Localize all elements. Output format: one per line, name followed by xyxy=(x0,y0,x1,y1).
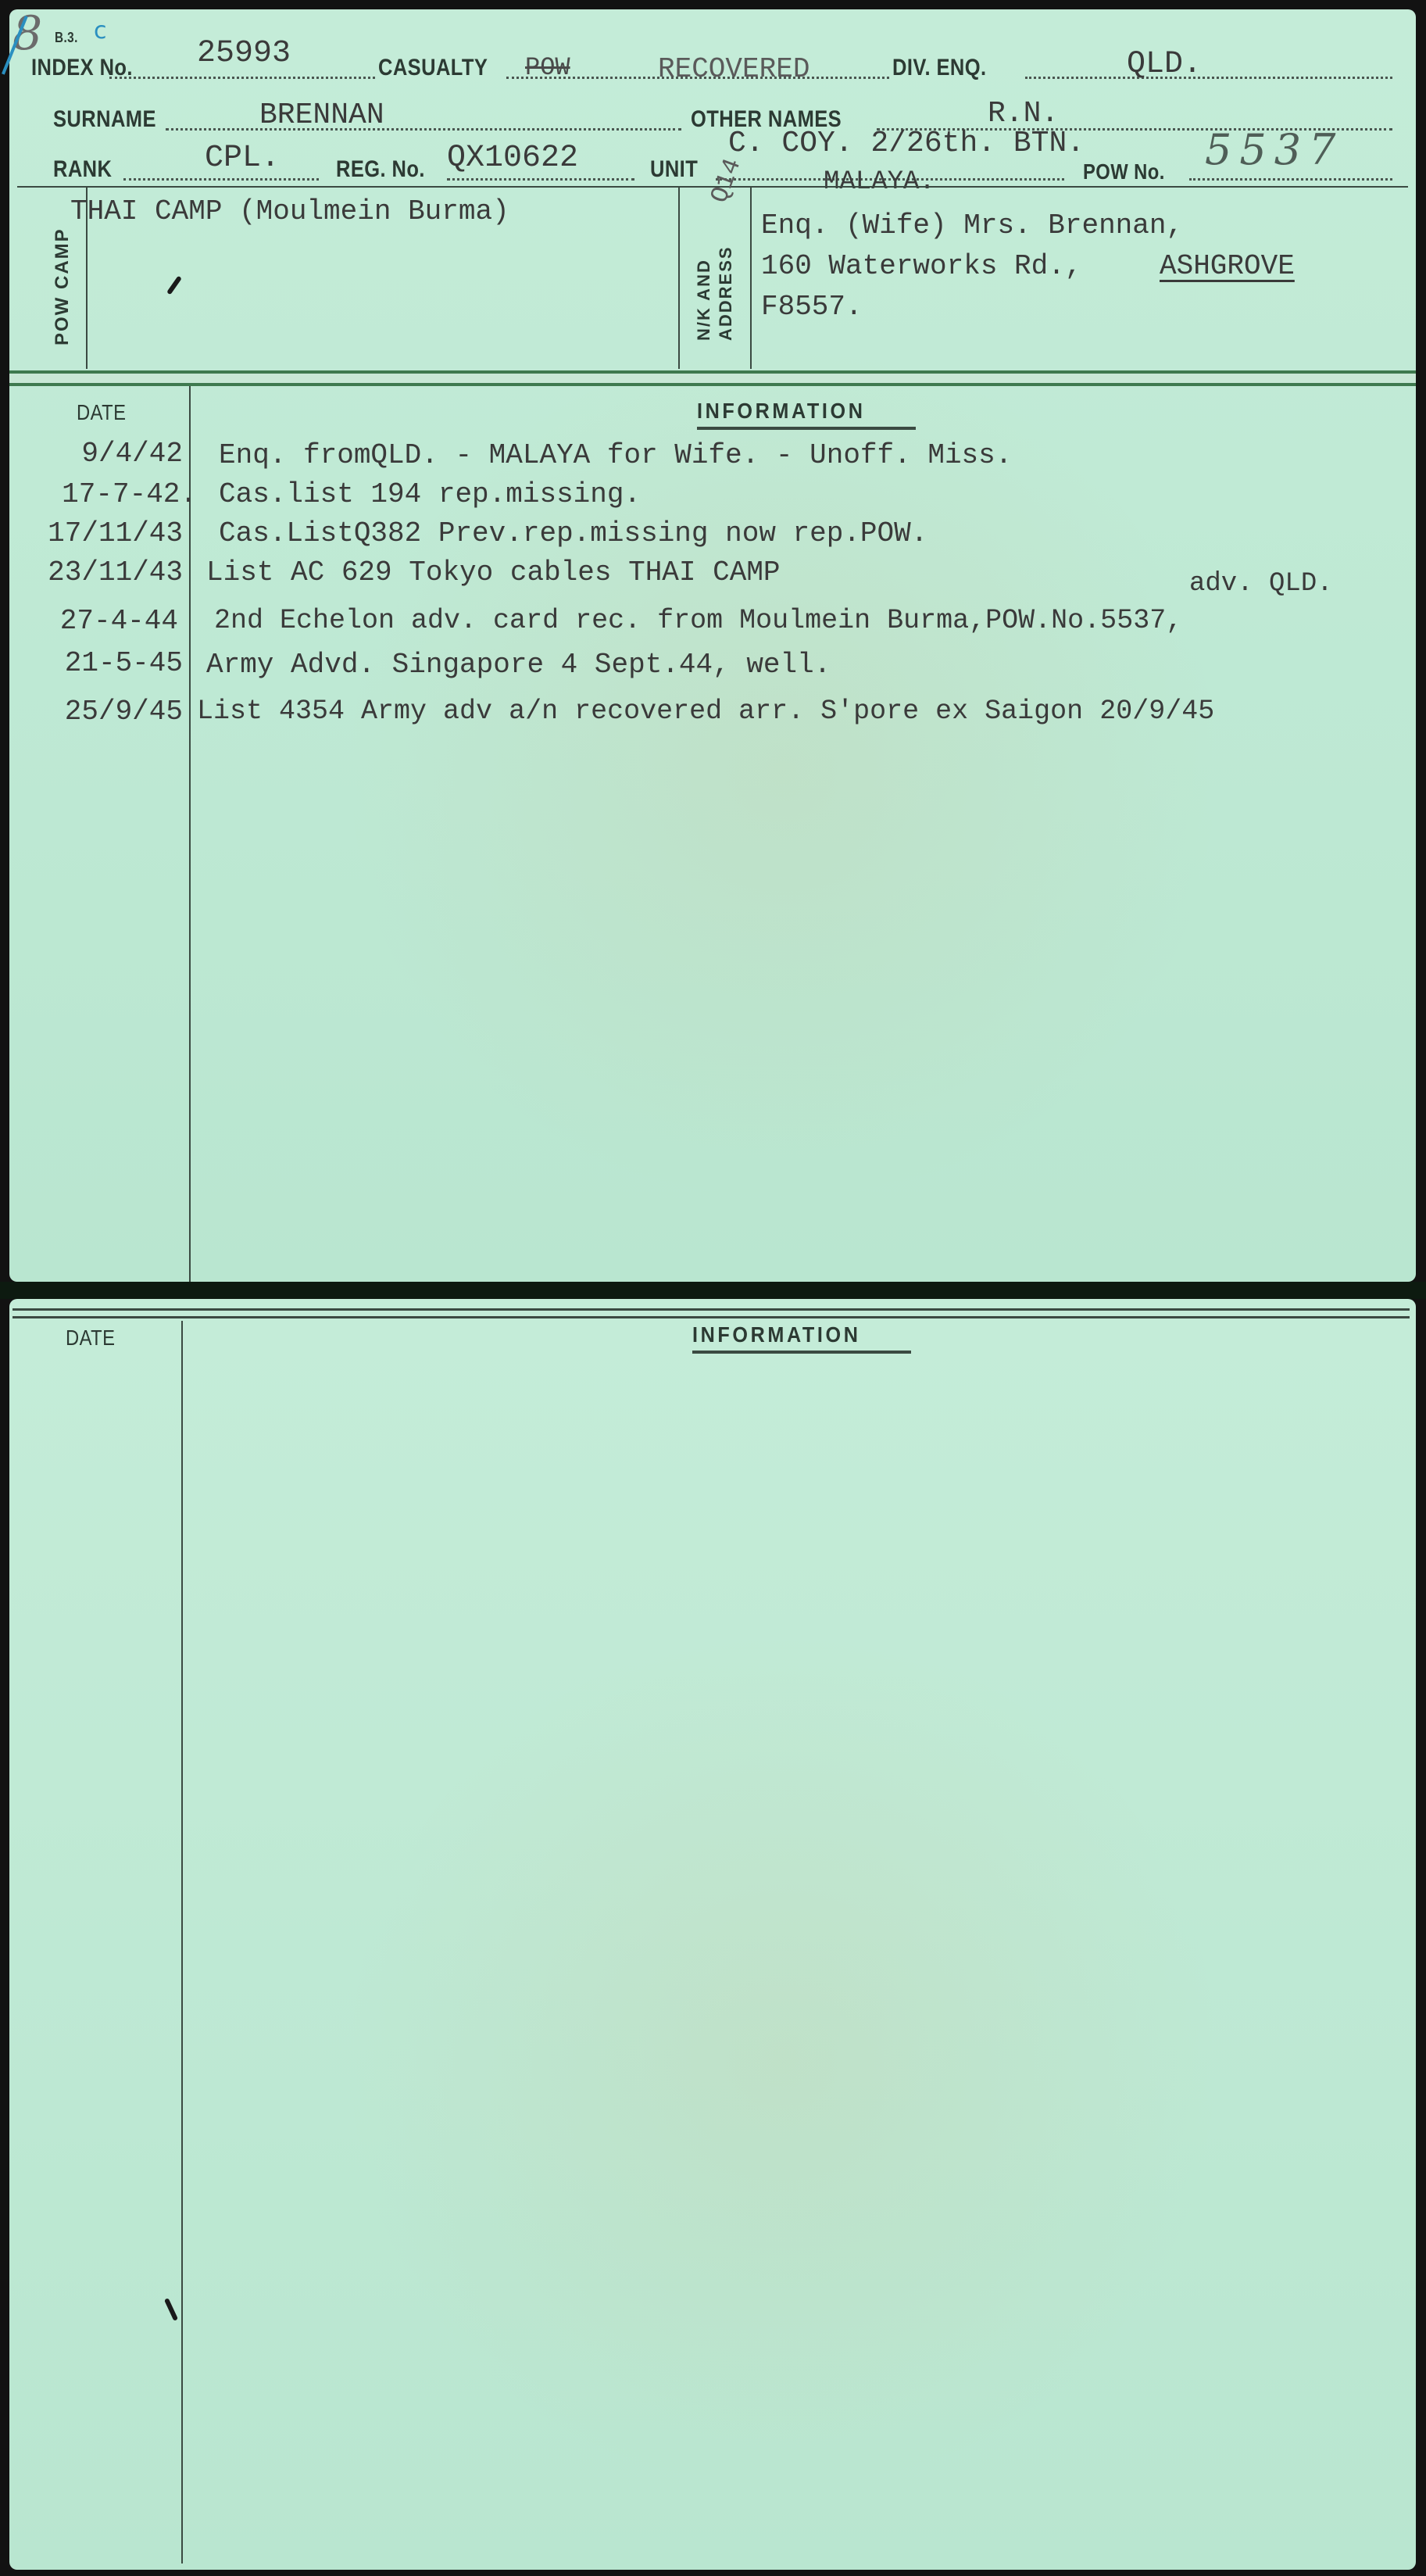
table-row-info: List AC 629 Tokyo cables THAI CAMP xyxy=(206,556,781,589)
blue-pencil-mark: c xyxy=(94,17,107,45)
unit-value-line1: C. COY. 2/26th. BTN. xyxy=(728,127,1085,160)
div-enq-underline xyxy=(1025,77,1392,79)
table-row-date: 23/11/43 xyxy=(3,556,183,589)
information-header-underline xyxy=(697,427,916,430)
rank-underline xyxy=(123,178,319,181)
pow-camp-value: THAI CAMP (Moulmein Burma) xyxy=(70,195,509,227)
scan-gap-bar xyxy=(0,1282,1426,1299)
surname-label: SURNAME xyxy=(53,106,156,133)
table-row-date: 17-7-42. xyxy=(17,478,197,510)
top-rule-1 xyxy=(13,1308,1410,1311)
date-header: DATE xyxy=(77,400,126,425)
information-header-underline xyxy=(692,1351,911,1354)
unit-value-line2: MALAYA. xyxy=(824,167,935,197)
nk-address-line3: F8557. xyxy=(761,291,863,323)
table-row-info-right: adv. QLD. xyxy=(1189,569,1333,599)
table-row-info: Enq. fromQLD. - MALAYA for Wife. - Unoff… xyxy=(219,439,1012,471)
nk-address-label-line1: N/K AND xyxy=(694,259,714,341)
table-row-date: 25/9/45 xyxy=(3,696,183,728)
surname-underline xyxy=(166,128,681,131)
information-header: INFORMATION xyxy=(692,1322,861,1347)
table-row-info: Cas.list 194 rep.missing. xyxy=(219,478,641,510)
table-row-info: Army Advd. Singapore 4 Sept.44, well. xyxy=(206,649,831,681)
index-no-underline xyxy=(109,77,375,79)
nk-address-left-divider xyxy=(678,188,680,369)
rank-value: CPL. xyxy=(205,141,280,176)
information-header: INFORMATION xyxy=(697,399,866,424)
casualty-value: RECOVERED xyxy=(658,53,809,85)
date-column-divider xyxy=(181,1321,183,2563)
nk-address-code: Q14 xyxy=(705,155,747,207)
table-row-date: 27-4-44 xyxy=(0,605,178,637)
casualty-label: CASUALTY xyxy=(378,55,488,81)
nk-address-label-line2: ADDRESS xyxy=(716,245,736,341)
nk-address-line2-prefix: 160 Waterworks Rd., xyxy=(761,250,1081,282)
rank-label: RANK xyxy=(53,156,112,183)
pencil-mark-icon xyxy=(166,276,182,295)
surname-value: BRENNAN xyxy=(259,98,384,132)
date-header: DATE xyxy=(66,1326,115,1351)
pow-camp-label: POW CAMP xyxy=(52,227,73,345)
top-rule-2 xyxy=(13,1316,1410,1318)
pencil-mark-icon xyxy=(164,2298,178,2321)
div-enq-value: QLD. xyxy=(1127,47,1202,82)
reg-no-underline xyxy=(447,178,634,181)
nk-address-line1: Enq. (Wife) Mrs. Brennan, xyxy=(761,209,1183,241)
table-row-info: List 4354 Army adv a/n recovered arr. S'… xyxy=(197,696,1214,727)
unit-label: UNIT xyxy=(650,156,698,183)
other-names-value: R.N. xyxy=(988,97,1059,131)
table-row-date: 17/11/43 xyxy=(3,517,183,549)
pow-no-underline xyxy=(1189,178,1392,181)
index-card-front: 8 B.3. c INDEX No. 25993 CASUALTY POW RE… xyxy=(9,9,1416,1282)
index-card-back: DATE INFORMATION xyxy=(9,1299,1416,2570)
table-row-info: Cas.ListQ382 Prev.rep.missing now rep.PO… xyxy=(219,517,927,549)
table-row-info: 2nd Echelon adv. card rec. from Moulmein… xyxy=(214,605,1182,636)
index-no-value: 25993 xyxy=(197,36,291,71)
table-row-date: 9/4/42 xyxy=(3,438,183,470)
nk-address-suburb: ASHGROVE xyxy=(1160,250,1295,282)
pow-no-label: POW No. xyxy=(1083,159,1165,184)
date-column-divider xyxy=(189,386,191,1282)
table-row-date: 21-5-45 xyxy=(3,647,183,679)
reg-no-value: QX10622 xyxy=(447,141,578,176)
form-code: B.3. xyxy=(55,30,78,46)
div-enq-label: DIV. ENQ. xyxy=(892,55,987,81)
nk-address-label-divider xyxy=(750,188,752,369)
pow-no-value: 5537 xyxy=(1205,125,1343,174)
reg-no-label: REG. No. xyxy=(336,156,425,183)
section-divider xyxy=(9,370,1416,386)
